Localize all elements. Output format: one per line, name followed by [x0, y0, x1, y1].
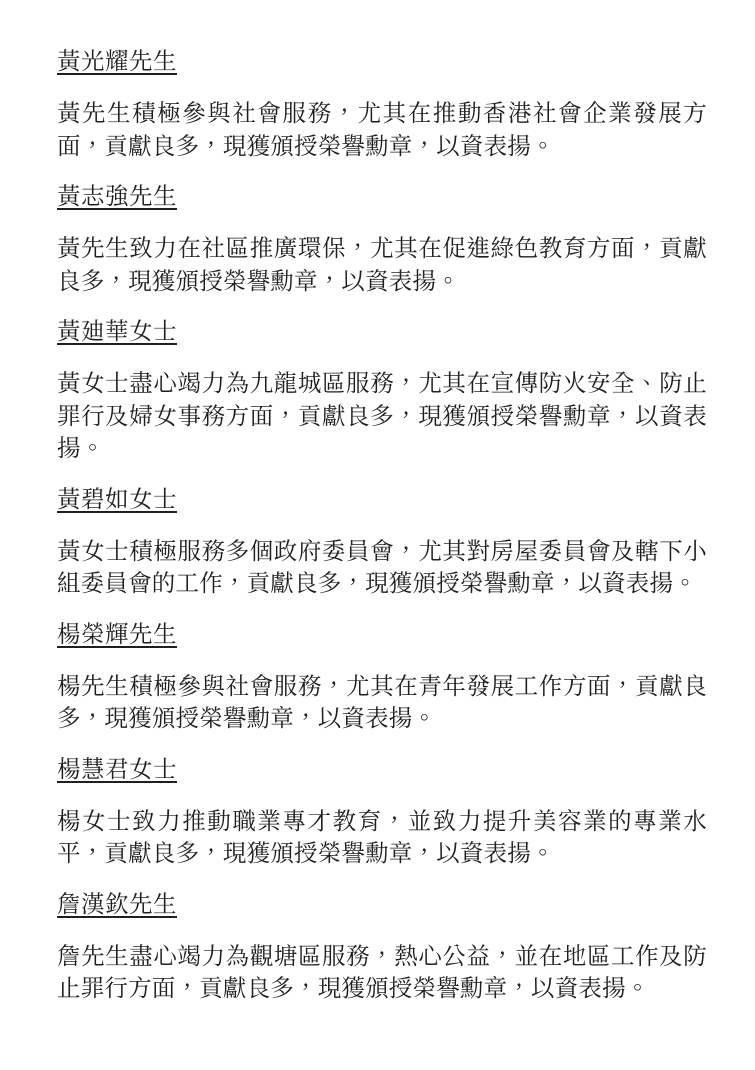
- citation-text: 詹先生盡心竭力為觀塘區服務，熱心公益，並在地區工作及防止罪行方面，貢獻良多，現獲…: [57, 941, 707, 1006]
- honouree-name: 黃廸華女士: [57, 316, 707, 348]
- citation-text: 黃女士盡心竭力為九龍城區服務，尤其在宣傳防火安全、防止罪行及婦女事務方面，貢獻良…: [57, 368, 707, 466]
- honouree-name: 黃碧如女士: [57, 484, 707, 516]
- honour-entry: 楊榮輝先生 楊先生積極參與社會服務，尤其在青年發展工作方面，貢獻良多，現獲頒授榮…: [57, 619, 707, 736]
- document-page: 黃光耀先生 黃先生積極參與社會服務，尤其在推動香港社會企業發展方面，貢獻良多，現…: [0, 0, 755, 1070]
- honouree-name: 黃光耀先生: [57, 46, 707, 78]
- honours-list: 黃光耀先生 黃先生積極參與社會服務，尤其在推動香港社會企業發展方面，貢獻良多，現…: [57, 46, 707, 1006]
- honouree-name: 楊慧君女士: [57, 754, 707, 786]
- citation-text: 楊女士致力推動職業專才教育，並致力提升美容業的專業水平，貢獻良多，現獲頒授榮譽勳…: [57, 806, 707, 871]
- citation-text: 黃女士積極服務多個政府委員會，尤其對房屋委員會及轄下小組委員會的工作，貢獻良多，…: [57, 536, 707, 601]
- honouree-name: 詹漢欽先生: [57, 889, 707, 921]
- honour-entry: 黃廸華女士 黃女士盡心竭力為九龍城區服務，尤其在宣傳防火安全、防止罪行及婦女事務…: [57, 316, 707, 466]
- honour-entry: 黃光耀先生 黃先生積極參與社會服務，尤其在推動香港社會企業發展方面，貢獻良多，現…: [57, 46, 707, 163]
- honour-entry: 黃志強先生 黃先生致力在社區推廣環保，尤其在促進綠色教育方面，貢獻良多，現獲頒授…: [57, 181, 707, 298]
- honouree-name: 黃志強先生: [57, 181, 707, 213]
- citation-text: 黃先生致力在社區推廣環保，尤其在促進綠色教育方面，貢獻良多，現獲頒授榮譽勳章，以…: [57, 233, 707, 298]
- honour-entry: 詹漢欽先生 詹先生盡心竭力為觀塘區服務，熱心公益，並在地區工作及防止罪行方面，貢…: [57, 889, 707, 1006]
- honour-entry: 楊慧君女士 楊女士致力推動職業專才教育，並致力提升美容業的專業水平，貢獻良多，現…: [57, 754, 707, 871]
- citation-text: 黃先生積極參與社會服務，尤其在推動香港社會企業發展方面，貢獻良多，現獲頒授榮譽勳…: [57, 98, 707, 163]
- honour-entry: 黃碧如女士 黃女士積極服務多個政府委員會，尤其對房屋委員會及轄下小組委員會的工作…: [57, 484, 707, 601]
- citation-text: 楊先生積極參與社會服務，尤其在青年發展工作方面，貢獻良多，現獲頒授榮譽勳章，以資…: [57, 671, 707, 736]
- honouree-name: 楊榮輝先生: [57, 619, 707, 651]
